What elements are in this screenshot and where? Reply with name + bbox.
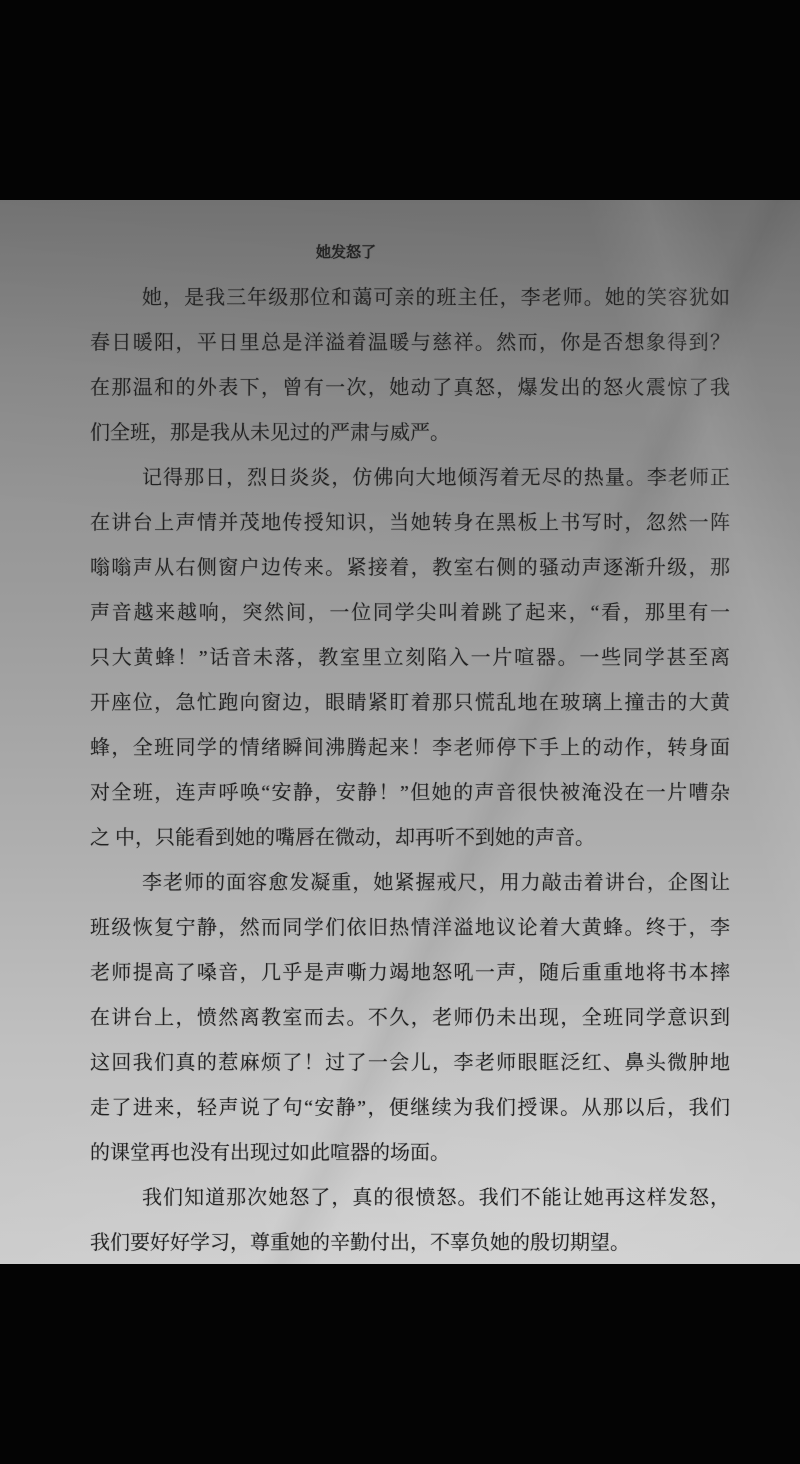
essay-line: 记得那日，烈日炎炎，仿佛向大地倾泻着无尽的热量。李老师正 — [90, 456, 730, 501]
essay-title: 她发怒了 — [90, 242, 730, 264]
essay-line: 这回我们真的惹麻烦了！过了一会儿，李老师眼眶泛红、鼻头微肿地 — [90, 1041, 730, 1086]
essay-line: 走了进来，轻声说了句“安静”，便继续为我们授课。从那以后，我们 — [90, 1086, 730, 1131]
essay-line: 们全班，那是我从未见过的严肃与威严。 — [90, 411, 730, 456]
essay-line: 老师提高了嗓音，几乎是声嘶力竭地怒吼一声，随后重重地将书本摔 — [90, 951, 730, 996]
letterbox-bottom-bar — [0, 1264, 800, 1464]
essay-line: 她，是我三年级那位和蔼可亲的班主任，李老师。她的笑容犹如 — [90, 276, 730, 321]
essay-line: 开座位，急忙跑向窗边，眼睛紧盯着那只慌乱地在玻璃上撞击的大黄 — [90, 681, 730, 726]
essay-line: 蜂，全班同学的情绪瞬间沸腾起来！李老师停下手上的动作，转身面 — [90, 726, 730, 771]
essay-line: 在讲台上声情并茂地传授知识，当她转身在黑板上书写时，忽然一阵 — [90, 501, 730, 546]
essay-line: 声音越来越响，突然间，一位同学尖叫着跳了起来，“看，那里有一 — [90, 591, 730, 636]
essay-line: 嗡嗡声从右侧窗户边传来。紧接着，教室右侧的骚动声逐渐升级，那 — [90, 546, 730, 591]
essay-line: 的课堂再也没有出现过如此喧器的场面。 — [90, 1131, 730, 1176]
essay-line: 对全班，连声呼唤“安静，安静！”但她的声音很快被淹没在一片嘈杂 — [90, 771, 730, 816]
essay-line: 只大黄蜂！”话音未落，教室里立刻陷入一片喧器。一些同学甚至离 — [90, 636, 730, 681]
essay-line: 春日暖阳，平日里总是洋溢着温暖与慈祥。然而，你是否想象得到？ — [90, 321, 730, 366]
paper-sheet: 她发怒了 她，是我三年级那位和蔼可亲的班主任，李老师。她的笑容犹如 春日暖阳，平… — [0, 242, 800, 1264]
document-photo: 她发怒了 她，是我三年级那位和蔼可亲的班主任，李老师。她的笑容犹如 春日暖阳，平… — [0, 200, 800, 1264]
essay-line: 之 中，只能看到她的嘴唇在微动，却再听不到她的声音。 — [90, 816, 730, 861]
essay-line: 在那温和的外表下，曾有一次，她动了真怒，爆发出的怒火震惊了我 — [90, 366, 730, 411]
essay-line: 我们要好好学习，尊重她的辛勤付出，不辜负她的殷切期望。 — [90, 1221, 730, 1264]
essay-line: 班级恢复宁静，然而同学们依旧热情洋溢地议论着大黄蜂。终于，李 — [90, 906, 730, 951]
letterbox-top-bar — [0, 0, 800, 200]
essay-line: 我们知道那次她怒了，真的很愤怒。我们不能让她再这样发怒， — [90, 1176, 730, 1221]
essay-line: 李老师的面容愈发凝重，她紧握戒尺，用力敲击着讲台，企图让 — [90, 861, 730, 906]
essay-line: 在讲台上，愤然离教室而去。不久，老师仍未出现，全班同学意识到 — [90, 996, 730, 1041]
